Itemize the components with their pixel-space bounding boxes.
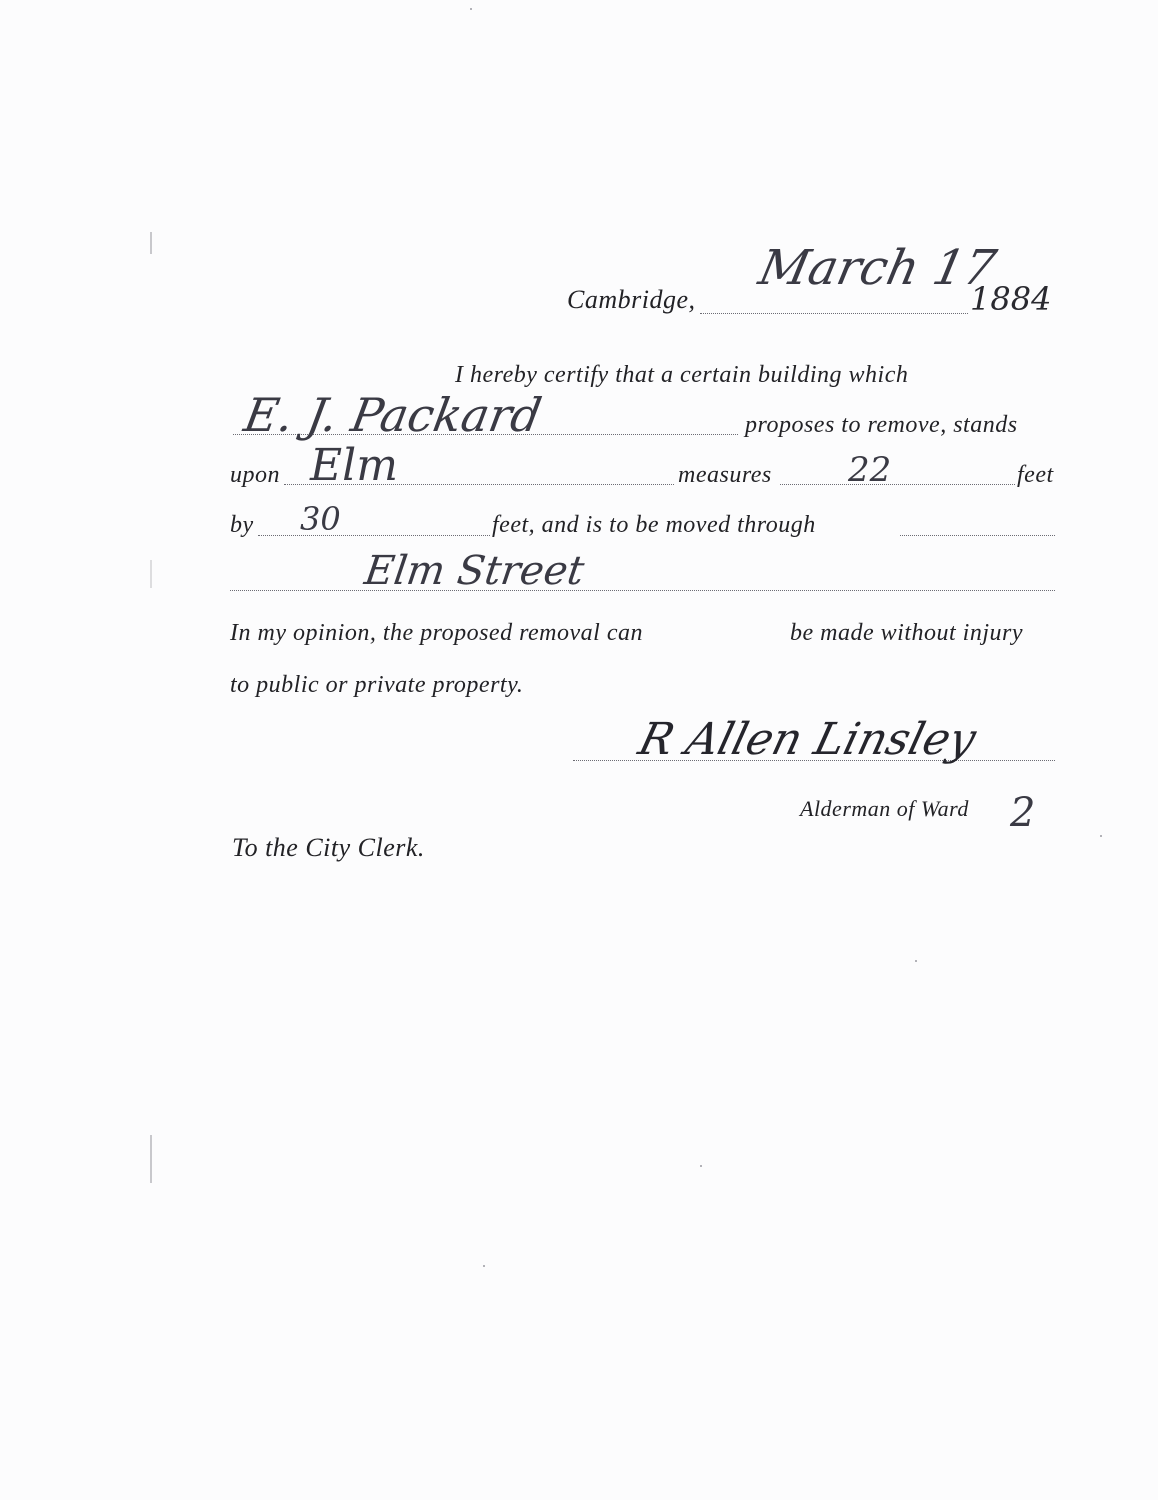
measures-label: measures bbox=[678, 462, 772, 489]
route-dotline-2 bbox=[230, 590, 1055, 591]
route-handwritten: Elm Street bbox=[362, 548, 587, 594]
place-label: Cambridge, bbox=[567, 285, 696, 315]
speck bbox=[915, 960, 917, 962]
certificate-page: Cambridge, March 17 1884 I hereby certif… bbox=[0, 0, 1158, 1500]
scan-mark-bottom bbox=[150, 1135, 152, 1183]
signer-title: Alderman of Ward bbox=[800, 796, 969, 822]
by-label: by bbox=[230, 512, 254, 539]
addressee-text: To the City Clerk. bbox=[232, 833, 425, 863]
opinion-text-1: In my opinion, the proposed removal can bbox=[230, 620, 643, 647]
owner-handwritten: E. J. Packard bbox=[240, 388, 545, 442]
opinion-text-2: to public or private property. bbox=[230, 672, 523, 699]
speck bbox=[1100, 835, 1102, 837]
date-handwritten: March 17 bbox=[754, 240, 1001, 296]
moved-through-text: feet, and is to be moved through bbox=[492, 512, 816, 539]
opinion-text-1b: be made without injury bbox=[790, 620, 1023, 647]
length-handwritten: 30 bbox=[300, 500, 341, 538]
route-dotline-1 bbox=[900, 535, 1055, 536]
width-dotline bbox=[780, 484, 1015, 485]
proposes-text: proposes to remove, stands bbox=[745, 412, 1018, 439]
scan-mark-top bbox=[150, 232, 152, 254]
signature-handwritten: R Allen Linsley bbox=[634, 714, 981, 765]
feet-label: feet bbox=[1017, 462, 1054, 489]
upon-label: upon bbox=[230, 462, 280, 489]
ward-handwritten: 2 bbox=[1010, 790, 1035, 836]
speck bbox=[700, 1165, 702, 1167]
location-handwritten: Elm bbox=[310, 440, 398, 491]
certify-text: I hereby certify that a certain building… bbox=[455, 362, 908, 389]
speck bbox=[483, 1265, 485, 1267]
date-dotline bbox=[700, 313, 968, 314]
speck bbox=[470, 8, 472, 10]
length-dotline bbox=[258, 535, 490, 536]
width-handwritten: 22 bbox=[848, 450, 891, 490]
year-text: 1884 bbox=[970, 280, 1051, 318]
scan-mark-mid bbox=[150, 560, 152, 588]
